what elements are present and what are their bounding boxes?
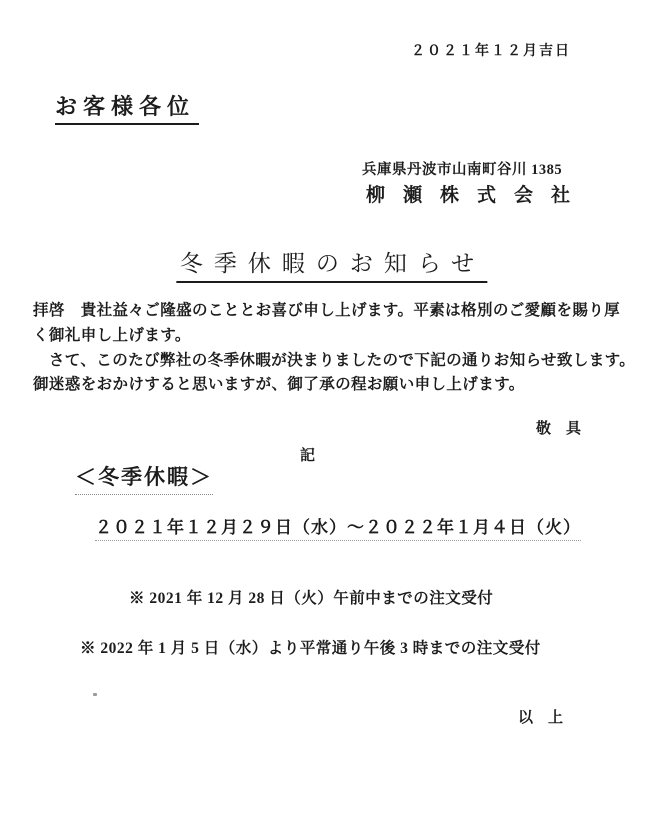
resume-business-note: ※ 2022 年 1 月 5 日（水）より平常通り午後 3 時までの注文受付 [80,636,541,658]
document-date: ２０２１年１２月吉日 [411,40,571,60]
document-title: 冬季休暇のお知らせ [176,245,487,283]
closing-keigu: 敬 具 [536,417,581,438]
body-line-3: さて、このたび弊社の冬季休暇が決まりましたので下記の通りお知らせ致します。 [33,349,633,374]
body-paragraphs: 拝啓 貴社益々ご隆盛のこととお喜び申し上げます。平素は格別のご愛顧を賜り厚 く御… [33,299,633,398]
letter-page: ２０２１年１２月吉日 お客様各位 兵庫県丹波市山南町谷川 1385 柳瀬株式会社… [0,0,663,817]
sender-company-name: 柳瀬株式会社 [366,180,588,207]
end-marker-ijou: 以 上 [518,706,563,727]
record-marker-ki: 記 [300,444,315,465]
body-line-1: 拝啓 貴社益々ご隆盛のこととお喜び申し上げます。平素は格別のご愛顧を賜り厚 [33,299,633,324]
recipient-line: お客様各位 [55,90,199,125]
body-line-4: 御迷惑をおかけすると思いますが、御了承の程お願い申し上げます。 [33,373,633,398]
order-deadline-note: ※ 2021 年 12 月 28 日（火）午前中までの注文受付 [129,586,493,608]
scan-artifact-speck [93,693,97,696]
winter-holiday-heading: ＜冬季休暇＞ [75,461,213,495]
sender-address: 兵庫県丹波市山南町谷川 1385 [362,158,562,179]
holiday-period-dates: ２０２１年１２月２９日（水）～２０２２年１月４日（火） [95,513,581,541]
body-line-2: く御礼申し上げます。 [33,324,633,349]
